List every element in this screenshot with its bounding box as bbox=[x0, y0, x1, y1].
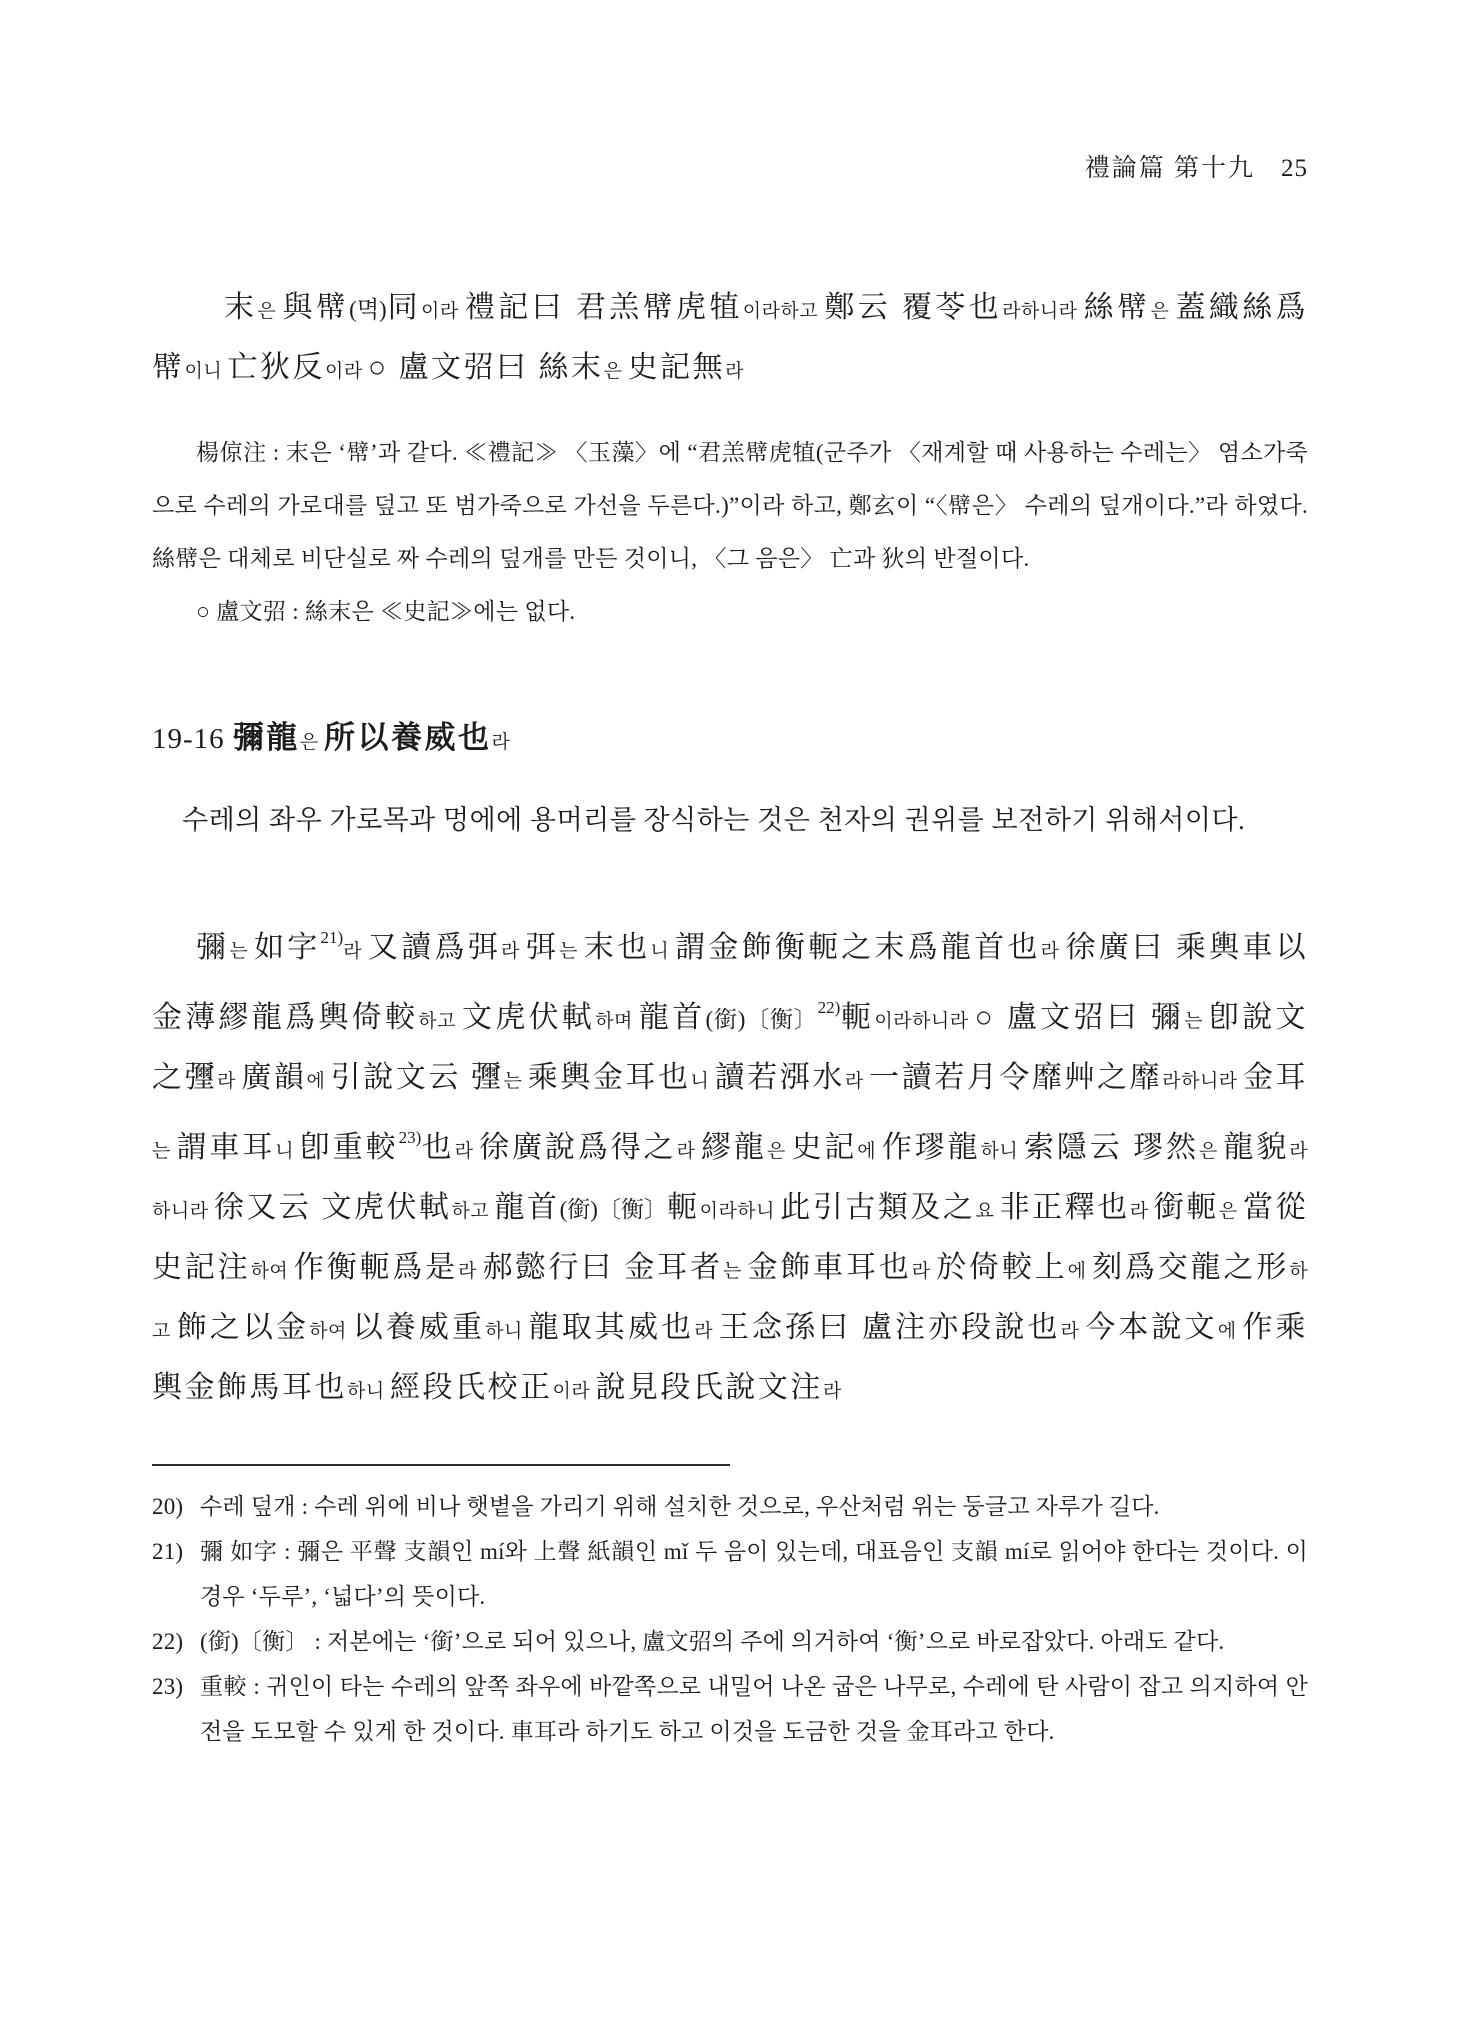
footnote-item: 21) 彌 如字 : 彌은 平聲 支韻인 mí와 上聲 紙韻인 mǐ 두 음이 … bbox=[152, 1529, 1308, 1619]
page-number: 25 bbox=[1281, 155, 1308, 182]
text-segment: 이라 bbox=[421, 301, 465, 322]
text-segment: 는 bbox=[723, 1261, 747, 1282]
text-segment: 經段氏校正 bbox=[390, 1371, 553, 1404]
text-segment: 라 bbox=[677, 1141, 702, 1162]
running-head: 禮論篇 第十九25 bbox=[152, 148, 1308, 184]
text-segment: 라 bbox=[458, 1261, 482, 1282]
text-segment: 一讀若月令靡艸之靡 bbox=[869, 1061, 1162, 1094]
text-segment: 는 bbox=[504, 1071, 528, 1092]
text-segment: 니 bbox=[275, 1141, 300, 1162]
text-segment: 에 bbox=[857, 1141, 882, 1162]
text-segment: 卽重較 bbox=[300, 1131, 399, 1164]
text-segment: 에 bbox=[1068, 1261, 1092, 1282]
text-segment: 하며 bbox=[595, 1011, 639, 1032]
text-segment: 하니 bbox=[347, 1381, 390, 1402]
footnote-number: 20) bbox=[152, 1484, 183, 1529]
text-segment: 飾之以金 bbox=[177, 1311, 309, 1344]
text-segment: (멱) bbox=[349, 297, 387, 322]
text-segment: 末也 bbox=[584, 931, 650, 964]
text-segment: 金耳 bbox=[1243, 1061, 1308, 1094]
text-segment: 以養威重 bbox=[353, 1311, 485, 1344]
text-segment: ○ 盧文弨曰 彌 bbox=[975, 1001, 1184, 1034]
text-segment: 郝懿行曰 金耳者 bbox=[483, 1251, 723, 1284]
text-segment: 라 bbox=[845, 1071, 869, 1092]
text-segment: 요 bbox=[975, 1201, 999, 1222]
section-heading: 19-16 彌龍은 所以養威也라 bbox=[152, 712, 1308, 757]
text-segment: 라 bbox=[343, 941, 368, 962]
text-segment: 軛 bbox=[840, 1001, 874, 1034]
text-segment: 龍貌 bbox=[1223, 1131, 1289, 1164]
text-segment: 龍首 bbox=[639, 1001, 706, 1034]
text-segment: 는 bbox=[229, 941, 254, 962]
text-segment: 亡狄反 bbox=[227, 351, 325, 384]
footnote-item: 20) 수레 덮개 : 수레 위에 비나 햇볕을 가리기 위해 설치한 것으로,… bbox=[152, 1484, 1308, 1529]
text-segment: 作璆龍 bbox=[882, 1131, 981, 1164]
original-text-paragraph: 末은 與幦(멱)同이라 禮記曰 君羔幦虎犆이라하고 鄭云 覆苓也라하니라 絲幦은… bbox=[152, 280, 1308, 400]
text-segment: 이라하고 bbox=[743, 301, 825, 322]
text-segment: 同 bbox=[387, 291, 421, 324]
text-segment: 라 bbox=[492, 732, 511, 753]
text-segment: 는 bbox=[152, 1141, 177, 1162]
text-segment: 라하니라 bbox=[1002, 301, 1084, 322]
footnote-text: (銜)〔衡〕 : 저본에는 ‘銜’으로 되어 있으나, 盧文弨의 주에 의거하여… bbox=[200, 1629, 1224, 1654]
commentary-paragraph: 彌는 如字21)라 又讀爲弭라 弭는 末也니 謂金飾衡軛之末爲龍首也라 徐廣曰 … bbox=[152, 910, 1308, 1420]
text-segment: 23) bbox=[399, 1128, 422, 1147]
text-segment: 史記無 bbox=[628, 351, 726, 384]
text-segment: 는 bbox=[1184, 1011, 1209, 1032]
text-segment: 所以養威也 bbox=[324, 720, 492, 755]
text-segment: 文虎伏軾 bbox=[462, 1001, 595, 1034]
text-segment: 라 bbox=[823, 1381, 842, 1402]
footnote-number: 21) bbox=[152, 1529, 183, 1574]
text-segment: 謂金飾衡軛之末爲龍首也 bbox=[675, 931, 1040, 964]
text-segment: 非正釋也 bbox=[1000, 1191, 1130, 1224]
footnote-text: 彌 如字 : 彌은 平聲 支韻인 mí와 上聲 紙韻인 mǐ 두 음이 있는데,… bbox=[200, 1539, 1308, 1609]
footnote-list: 20) 수레 덮개 : 수레 위에 비나 햇볕을 가리기 위해 설치한 것으로,… bbox=[152, 1484, 1308, 1754]
text-segment: 하니 bbox=[981, 1141, 1024, 1162]
text-segment: 乘輿金耳也 bbox=[528, 1061, 691, 1094]
text-segment: 은 bbox=[1199, 1141, 1224, 1162]
text-segment: 今本說文 bbox=[1085, 1311, 1217, 1344]
text-segment: 라 bbox=[1130, 1201, 1154, 1222]
text-segment: 禮記曰 君羔幦虎犆 bbox=[465, 291, 743, 324]
text-segment: 하여 bbox=[309, 1321, 353, 1342]
text-segment: 니 bbox=[650, 941, 675, 962]
text-segment: 라 bbox=[501, 941, 526, 962]
text-segment: (銜)〔衡〕 bbox=[706, 1007, 818, 1032]
footnote-item: 23) 重較 : 귀인이 타는 수레의 앞쪽 좌우에 바깥쪽으로 내밀어 나온 … bbox=[152, 1664, 1308, 1754]
text-segment: 라 bbox=[1061, 1321, 1086, 1342]
text-segment: 은 bbox=[604, 361, 628, 382]
text-segment: 이라하니 bbox=[700, 1201, 781, 1222]
text-segment: 彌龍 bbox=[233, 720, 300, 755]
footnote-number: 23) bbox=[152, 1664, 183, 1709]
text-segment: 絲幦 bbox=[1084, 291, 1151, 324]
text-segment: 金飾車耳也 bbox=[747, 1251, 911, 1284]
text-segment: 이라 bbox=[552, 1381, 595, 1402]
text-segment: 이라 bbox=[325, 361, 368, 382]
text-segment: 하고 bbox=[418, 1011, 462, 1032]
text-segment: 이니 bbox=[185, 361, 228, 382]
text-segment: 此引古類及之 bbox=[780, 1191, 975, 1224]
text-segment: 謂車耳 bbox=[177, 1131, 276, 1164]
text-segment: 은 bbox=[1150, 301, 1175, 322]
text-segment: 徐又云 文虎伏軾 bbox=[214, 1191, 452, 1224]
text-segment: 에 bbox=[306, 1071, 330, 1092]
text-segment: 彌 bbox=[196, 931, 229, 964]
text-segment: 라 bbox=[455, 1141, 480, 1162]
text-segment: 22) bbox=[818, 998, 841, 1017]
footnote-number: 22) bbox=[152, 1619, 183, 1664]
footnote-item: 22) (銜)〔衡〕 : 저본에는 ‘銜’으로 되어 있으나, 盧文弨의 주에 … bbox=[152, 1619, 1308, 1664]
text-segment: 索隱云 璆然 bbox=[1024, 1131, 1199, 1164]
text-segment: 繆龍 bbox=[701, 1131, 767, 1164]
text-segment: 21) bbox=[321, 928, 344, 947]
text-segment: 龍首 bbox=[495, 1191, 560, 1224]
text-segment: 하여 bbox=[251, 1261, 294, 1282]
lu-wenchao-note: ○ 盧文弨 : 絲末은 ≪史記≫에는 없다. bbox=[152, 585, 1308, 638]
text-segment: 弭 bbox=[526, 931, 559, 964]
text-segment: 라 bbox=[1041, 941, 1066, 962]
text-segment: 하고 bbox=[452, 1201, 495, 1222]
text-segment: 又讀爲弭 bbox=[368, 931, 501, 964]
text-segment: 末 bbox=[224, 291, 257, 324]
text-segment: 如字 bbox=[254, 931, 320, 964]
text-segment: 19-16 bbox=[152, 723, 233, 755]
text-segment: 讀若渳水 bbox=[715, 1061, 845, 1094]
text-segment: 王念孫曰 盧注亦段說也 bbox=[719, 1311, 1061, 1344]
text-segment: 於倚較上 bbox=[936, 1251, 1067, 1284]
text-segment: 徐廣說爲得之 bbox=[479, 1131, 676, 1164]
footnote-text: 重較 : 귀인이 타는 수레의 앞쪽 좌우에 바깥쪽으로 내밀어 나온 굽은 나… bbox=[200, 1674, 1308, 1744]
text-segment: 也 bbox=[421, 1131, 454, 1164]
annotation-block: 楊倞注 : 末은 ‘幦’과 같다. ≪禮記≫ 〈玉藻〉에 “君羔幦虎犆(군주가 … bbox=[152, 426, 1308, 638]
text-segment: 이라하니라 bbox=[874, 1011, 974, 1032]
footnote-separator bbox=[152, 1464, 730, 1466]
text-segment: 라 bbox=[725, 361, 744, 382]
text-segment: 라 bbox=[694, 1321, 719, 1342]
yang-jing-note: 楊倞注 : 末은 ‘幦’과 같다. ≪禮記≫ 〈玉藻〉에 “君羔幦虎犆(군주가 … bbox=[152, 426, 1308, 585]
text-segment: 라하니라 bbox=[1162, 1071, 1243, 1092]
text-segment: 은 bbox=[257, 301, 282, 322]
text-segment: 與幦 bbox=[282, 291, 349, 324]
text-segment: 鄭云 覆苓也 bbox=[824, 291, 1002, 324]
text-segment: 作衡軛爲是 bbox=[294, 1251, 458, 1284]
text-segment: 廣韻 bbox=[241, 1061, 306, 1094]
text-segment: ○ 盧文弨曰 絲末 bbox=[368, 351, 604, 384]
chapter-title: 禮論篇 第十九 bbox=[1085, 155, 1255, 182]
text-segment: 에 bbox=[1218, 1321, 1243, 1342]
text-segment: 은 bbox=[1219, 1201, 1243, 1222]
text-segment: 은 bbox=[300, 732, 324, 753]
text-segment: 龍取其威也 bbox=[529, 1311, 695, 1344]
text-segment: 라 bbox=[912, 1261, 936, 1282]
text-segment: 은 bbox=[767, 1141, 792, 1162]
text-segment: 史記 bbox=[791, 1131, 857, 1164]
korean-translation: 수레의 좌우 가로목과 멍에에 용머리를 장식하는 것은 천자의 권위를 보전하… bbox=[152, 791, 1308, 850]
text-segment: 銜軛 bbox=[1154, 1191, 1219, 1224]
text-segment: (銜)〔衡〕 bbox=[560, 1197, 667, 1222]
text-segment: 軛 bbox=[667, 1191, 700, 1224]
text-segment: 는 bbox=[559, 941, 584, 962]
text-segment: 引說文云 㣆 bbox=[331, 1061, 504, 1094]
text-segment: 하니 bbox=[485, 1321, 529, 1342]
text-segment: 刻爲交龍之形 bbox=[1092, 1251, 1289, 1284]
book-page: 禮論篇 第十九25 末은 與幦(멱)同이라 禮記曰 君羔幦虎犆이라하고 鄭云 覆… bbox=[0, 0, 1480, 2024]
text-segment: 說見段氏說文注 bbox=[595, 1371, 823, 1404]
text-segment: 라 bbox=[217, 1071, 241, 1092]
footnote-text: 수레 덮개 : 수레 위에 비나 햇볕을 가리기 위해 설치한 것으로, 우산처… bbox=[200, 1494, 1160, 1519]
text-segment: 니 bbox=[691, 1071, 715, 1092]
